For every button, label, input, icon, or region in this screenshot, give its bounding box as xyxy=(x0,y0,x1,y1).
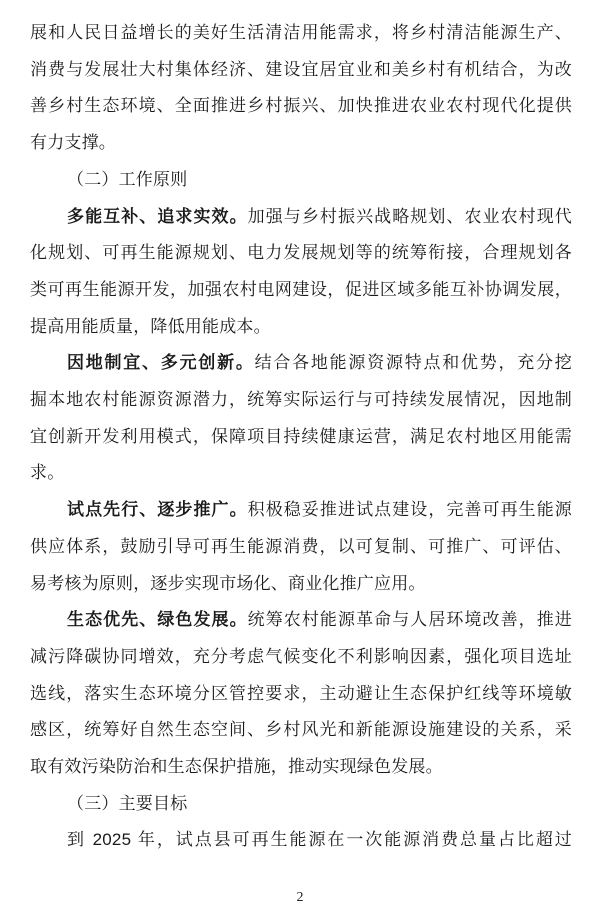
text-segment: 选线，落实生态环境分区管控要求，主动避让生态保护红线等环境敏 xyxy=(30,684,572,703)
text-segment: 展和人民日益增长的美好生活清洁用能需求，将乡村清洁能源生产、 xyxy=(30,23,572,42)
body-text-line: 到 2025 年，试点县可再生能源在一次能源消费总量占比超过 xyxy=(30,822,572,859)
text-segment: 统筹农村能源革命与人居环境改善，推进 xyxy=(248,610,572,629)
bold-lead-in: 因地制宜、多元创新。 xyxy=(67,353,255,372)
body-text-line: 减污降碳协同增效，充分考虑气候变化不利影响因素，强化项目选址 xyxy=(30,639,572,676)
body-text-line: 取有效污染防治和生态保护措施，推动实现绿色发展。 xyxy=(30,749,572,786)
text-segment: 求。 xyxy=(30,463,64,482)
text-segment: 感区，统筹好自然生态空间、乡村风光和新能源设施建设的关系，采 xyxy=(30,720,572,739)
document-page: 展和人民日益增长的美好生活清洁用能需求，将乡村清洁能源生产、消费与发展壮大村集体… xyxy=(0,0,600,917)
text-segment: 类可再生能源开发，加强农村电网建设，促进区域多能互补协调发展， xyxy=(30,280,572,299)
text-segment: 到 2025 年，试点县可再生能源在一次能源消费总量占比超过 xyxy=(67,830,572,849)
text-segment: 取有效污染防治和生态保护措施，推动实现绿色发展。 xyxy=(30,757,443,776)
body-text-line: 感区，统筹好自然生态空间、乡村风光和新能源设施建设的关系，采 xyxy=(30,712,572,749)
body-text-line: 类可再生能源开发，加强农村电网建设，促进区域多能互补协调发展， xyxy=(30,272,572,309)
text-segment: 积极稳妥推进试点建设，完善可再生能源 xyxy=(248,500,572,519)
text-segment: 结合各地能源资源特点和优势，充分挖 xyxy=(255,353,572,372)
body-text-line: 掘本地农村能源资源潜力，统筹实际运行与可持续发展情况，因地制 xyxy=(30,382,572,419)
body-text-line: 消费与发展壮大村集体经济、建设宜居宜业和美乡村有机结合，为改 xyxy=(30,52,572,89)
bold-lead-in: 试点先行、逐步推广。 xyxy=(67,500,248,519)
body-text-line: 试点先行、逐步推广。积极稳妥推进试点建设，完善可再生能源 xyxy=(30,492,572,529)
bold-lead-in: 生态优先、绿色发展。 xyxy=(67,610,248,629)
body-text-line: 善乡村生态环境、全面推进乡村振兴、加快推进农业农村现代化提供 xyxy=(30,88,572,125)
text-segment: 供应体系，鼓励引导可再生能源消费，以可复制、可推广、可评估、 xyxy=(30,537,572,556)
text-segment: 掘本地农村能源资源潜力，统筹实际运行与可持续发展情况，因地制 xyxy=(30,390,572,409)
section-heading-line: （二）工作原则 xyxy=(30,162,572,199)
body-text-line: 宜创新开发利用模式，保障项目持续健康运营，满足农村地区用能需 xyxy=(30,419,572,456)
text-segment: 加强与乡村振兴战略规划、农业农村现代 xyxy=(248,207,572,226)
text-segment: 消费与发展壮大村集体经济、建设宜居宜业和美乡村有机结合，为改 xyxy=(30,60,572,79)
text-segment: 提高用能质量，降低用能成本。 xyxy=(30,317,271,336)
document-body: 展和人民日益增长的美好生活清洁用能需求，将乡村清洁能源生产、消费与发展壮大村集体… xyxy=(30,15,572,859)
text-segment: 减污降碳协同增效，充分考虑气候变化不利影响因素，强化项目选址 xyxy=(30,647,572,666)
body-text-line: 生态优先、绿色发展。统筹农村能源革命与人居环境改善，推进 xyxy=(30,602,572,639)
text-segment: 宜创新开发利用模式，保障项目持续健康运营，满足农村地区用能需 xyxy=(30,427,572,446)
body-text-line: 求。 xyxy=(30,455,572,492)
body-text-line: 供应体系，鼓励引导可再生能源消费，以可复制、可推广、可评估、 xyxy=(30,529,572,566)
text-segment: 善乡村生态环境、全面推进乡村振兴、加快推进农业农村现代化提供 xyxy=(30,96,572,115)
body-text-line: 选线，落实生态环境分区管控要求，主动避让生态保护红线等环境敏 xyxy=(30,676,572,713)
text-segment: 化规划、可再生能源规划、电力发展规划等的统筹衔接，合理规划各 xyxy=(30,243,572,262)
body-text-line: 化规划、可再生能源规划、电力发展规划等的统筹衔接，合理规划各 xyxy=(30,235,572,272)
body-text-line: 易考核为原则，逐步实现市场化、商业化推广应用。 xyxy=(30,566,572,603)
body-text-line: 因地制宜、多元创新。结合各地能源资源特点和优势，充分挖 xyxy=(30,345,572,382)
text-segment: 有力支撑。 xyxy=(30,133,116,152)
body-text-line: 提高用能质量，降低用能成本。 xyxy=(30,309,572,346)
body-text-line: 有力支撑。 xyxy=(30,125,572,162)
page-number: 2 xyxy=(0,890,600,906)
text-segment: （二）工作原则 xyxy=(67,170,187,189)
text-segment: 易考核为原则，逐步实现市场化、商业化推广应用。 xyxy=(30,574,426,593)
bold-lead-in: 多能互补、追求实效。 xyxy=(67,207,248,226)
text-segment: （三）主要目标 xyxy=(67,794,187,813)
section-heading-line: （三）主要目标 xyxy=(30,786,572,823)
body-text-line: 多能互补、追求实效。加强与乡村振兴战略规划、农业农村现代 xyxy=(30,199,572,236)
body-text-line: 展和人民日益增长的美好生活清洁用能需求，将乡村清洁能源生产、 xyxy=(30,15,572,52)
